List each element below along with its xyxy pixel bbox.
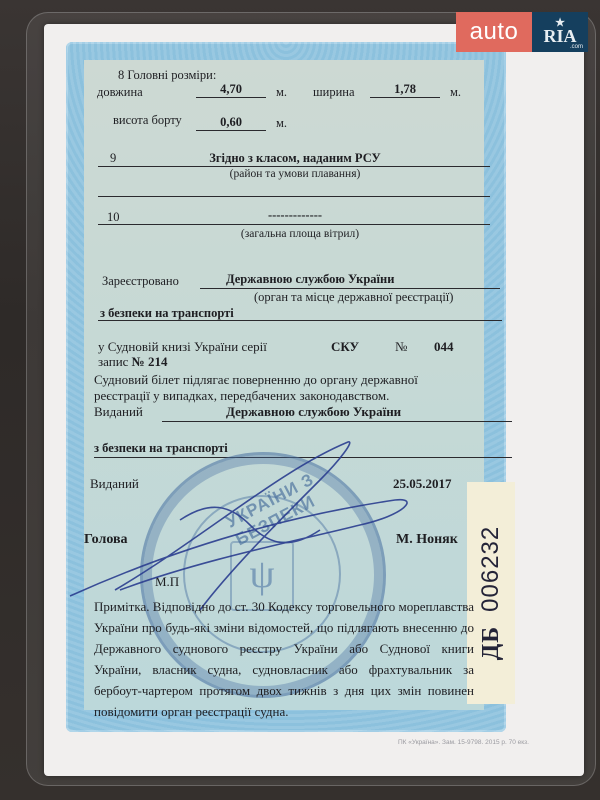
serial-digits: 006232 (477, 526, 504, 612)
watermark-com: .com (570, 44, 583, 50)
watermark-ria: ★ RIA .com (532, 12, 588, 52)
print-info: ПК «Україна». Зам. 15-9798. 2015 р. 70 е… (398, 739, 529, 746)
serial-prefix: ДБ (478, 626, 504, 660)
legal-note: Примітка. Відповідно до ст. 30 Кодексу т… (94, 596, 474, 722)
autoria-watermark: auto ★ RIA .com (456, 12, 588, 52)
watermark-auto: auto (456, 12, 532, 52)
serial-number: ДБ006232 (477, 526, 505, 660)
